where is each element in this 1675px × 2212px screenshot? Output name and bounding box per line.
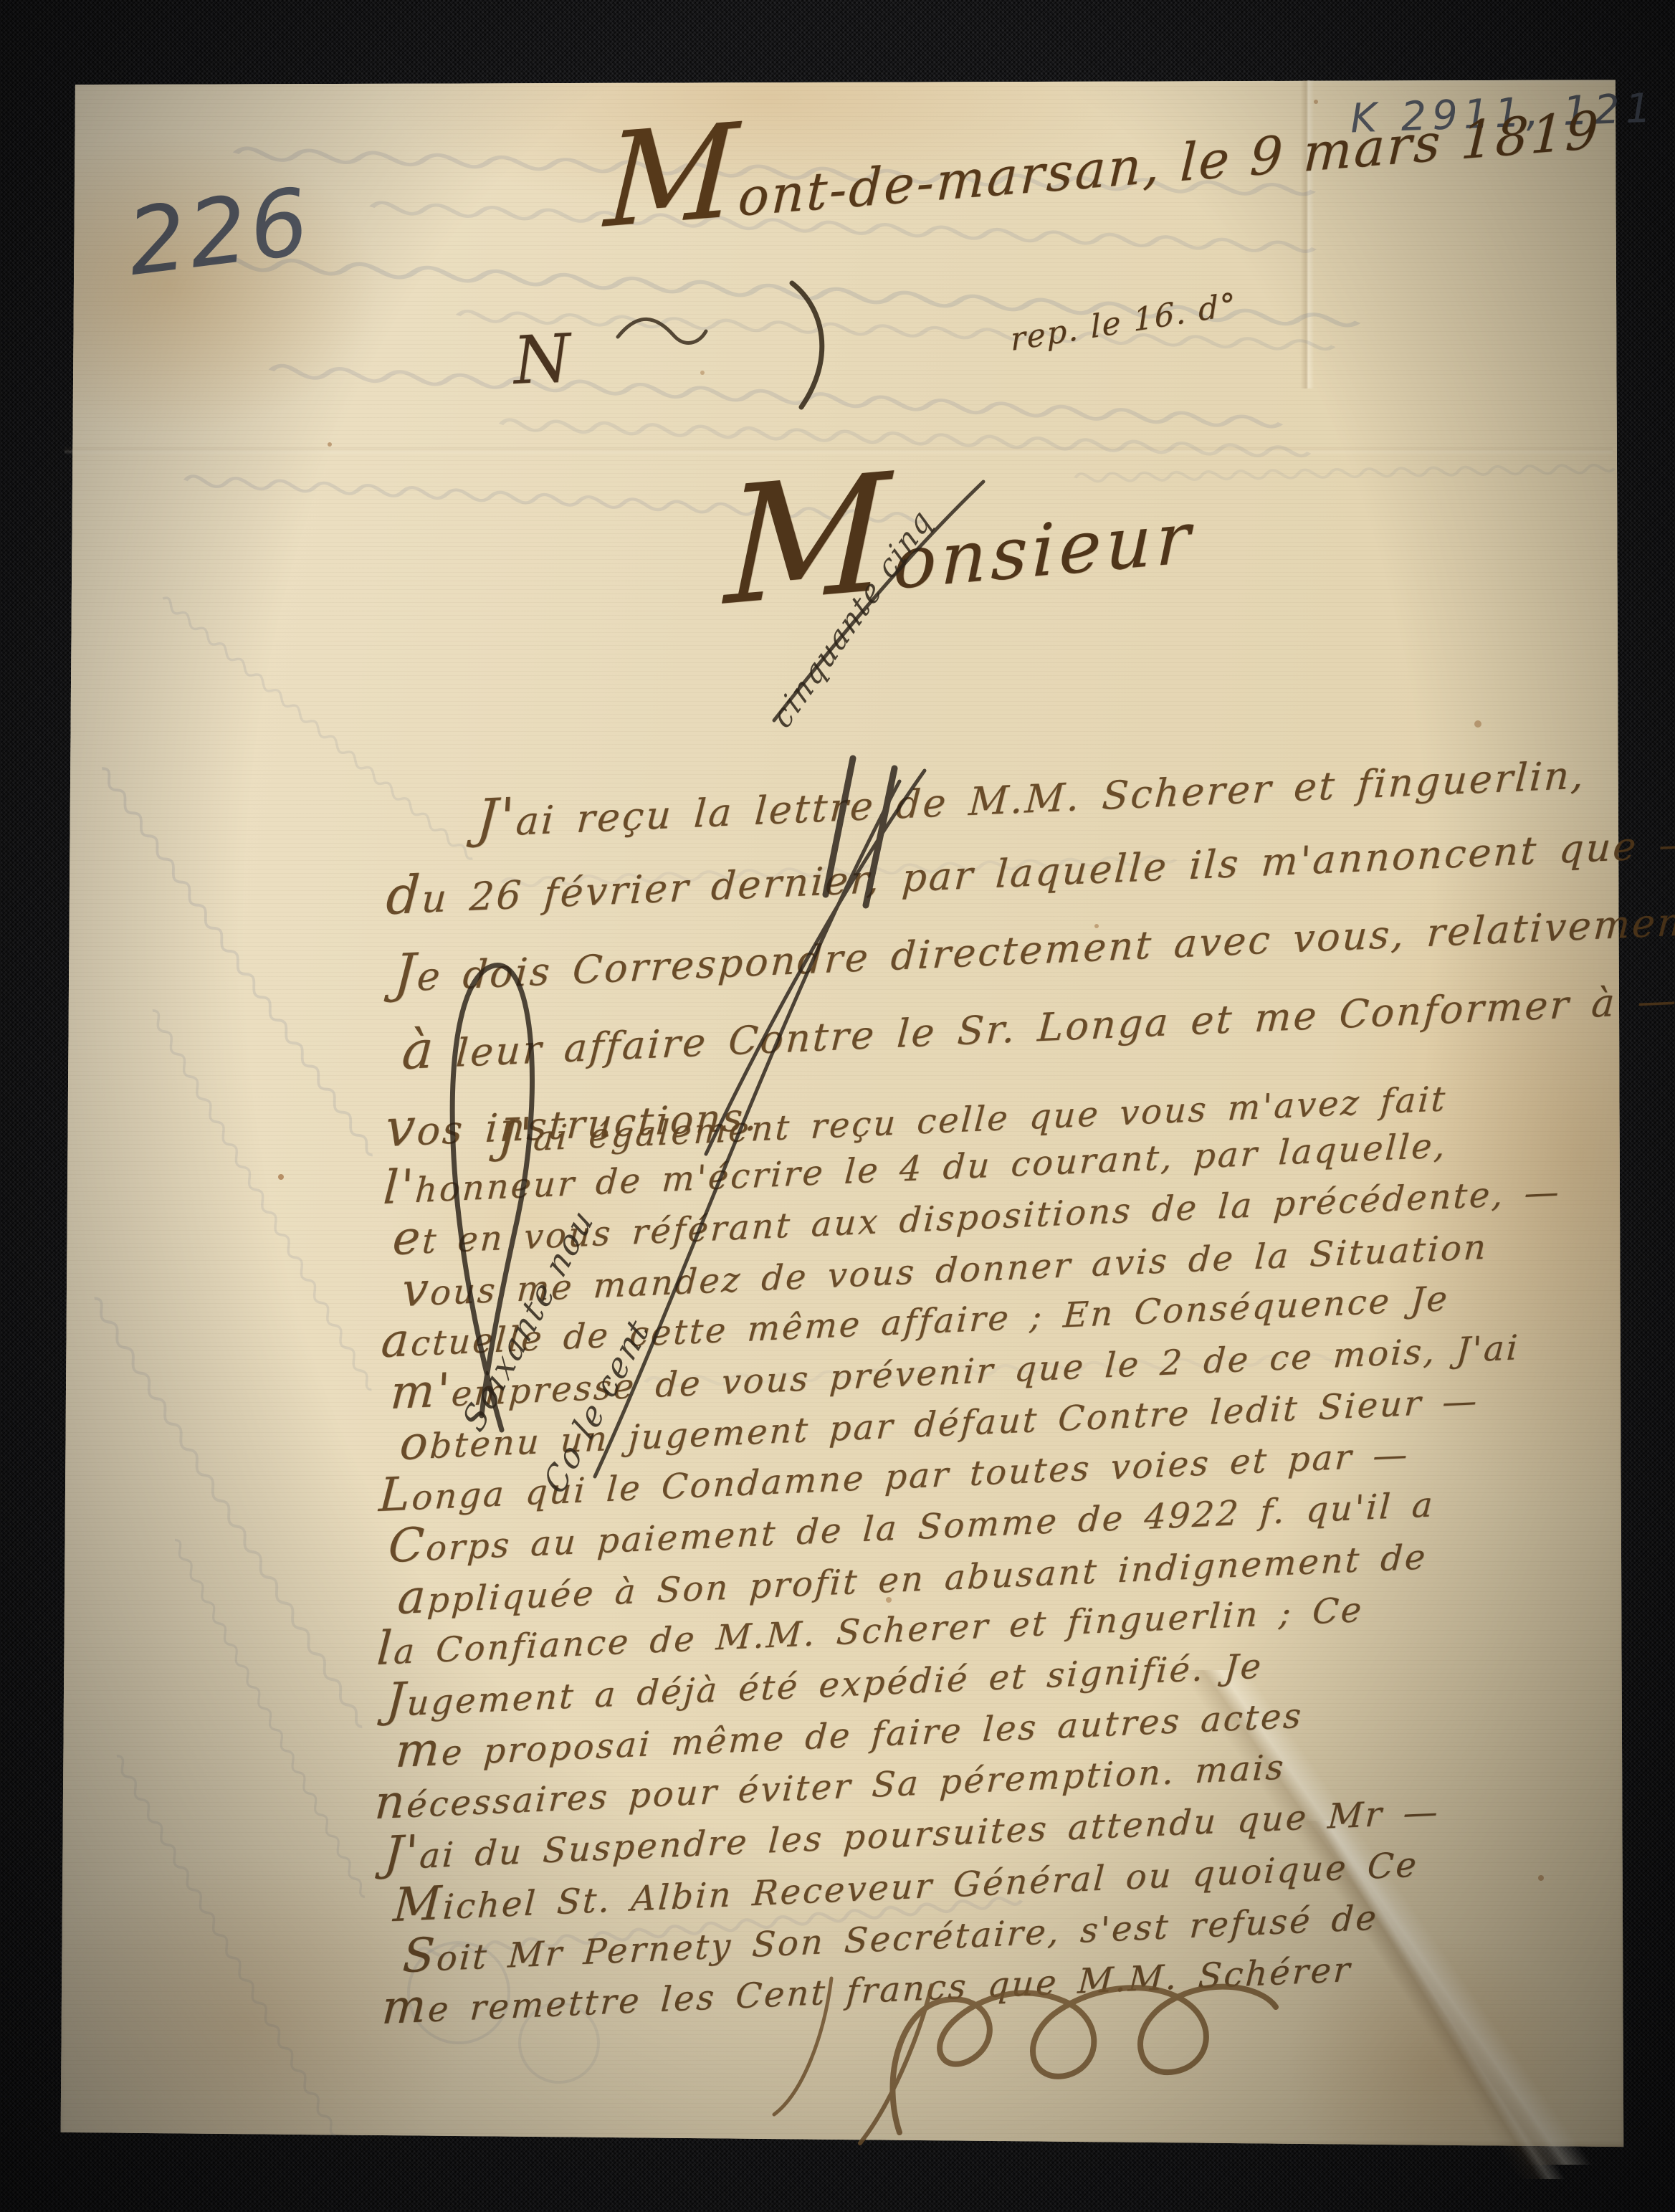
ink-letter-mark: N (511, 320, 573, 399)
letter-scan: 226 K 2911, 121 N Mont-de-marsan, le 9 m… (0, 0, 1675, 2212)
pencil-folio-number: 226 (122, 168, 318, 297)
